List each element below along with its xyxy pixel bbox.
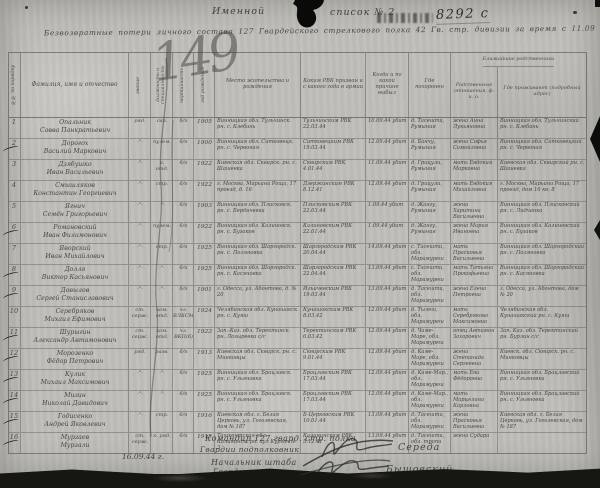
cell-year: 1922 <box>194 181 215 201</box>
cell-party: б/п <box>173 265 194 285</box>
cell-rank: -"- <box>129 160 151 180</box>
cell-rvk: Сквирским РВК 4.01.44 <box>301 160 366 180</box>
cell-buried: д. Чаме-Маре, обл. Марамуреш <box>409 328 451 348</box>
cell-address: Винницкая обл. Брацлавский рн. с. Ульяно… <box>498 391 586 411</box>
cell-year: 1916 <box>194 412 215 432</box>
col-header-rvk: Каким РВК призван и с какого года в арми… <box>301 53 366 117</box>
cell-buried: д. Грицули, Румыния <box>409 160 451 180</box>
cell-name: Долля Виктор Касьянович <box>21 265 129 285</box>
cell-relative: жена Степанида Сергеевна <box>451 349 498 369</box>
cell-buried: с. Тасешти, обл. Марамуреш <box>409 244 451 264</box>
cell-duty: сап. <box>151 118 173 138</box>
commander-title: Командир 127 гвард. стр. полка <box>205 434 356 443</box>
cell-relative: мать Евдокия Михайловна <box>451 181 498 201</box>
cell-birthplace: Зап.-Каз. обл. Теректинск. рн. Лозыревка… <box>215 328 301 348</box>
footer-date: 16.09.44 г. <box>122 452 164 461</box>
cell-num: 15 <box>9 412 21 432</box>
cell-fate: 12.09.44 убит <box>366 370 409 390</box>
cell-birthplace: Винницкая обл. Шаргородск. рн. с. Поляно… <box>215 244 301 264</box>
cell-fate: 12.09.44 убит <box>366 181 409 201</box>
cell-buried: с. Тасешти, обл. Марамуреш <box>409 265 451 285</box>
col-header-number: №№ по порядку <box>12 65 17 104</box>
cell-rvk: Брацлавским РВК 17.03.44 <box>301 391 366 411</box>
cell-buried: д. Грицули, Румыния <box>409 181 451 201</box>
cell-duty: -"- <box>151 370 173 390</box>
table-row: 13Кулик Михаил Максимович-"--"-б/п1925Ви… <box>9 370 586 391</box>
cell-relative: жена Прасковья Васильевна <box>451 412 498 432</box>
cell-num: 2 <box>9 139 21 159</box>
cell-rank: ст. серж. <box>129 433 151 453</box>
table-row: 12Морозенко Фёдор Петровичряд.разв.б/п19… <box>9 349 586 370</box>
cell-party: б/п <box>173 118 194 138</box>
cell-fate: 1.09.44 убит <box>366 202 409 222</box>
cell-address: Винницкая обл. Брацлавский рн. с. Ульяно… <box>498 370 586 390</box>
cell-address: Челябинская обл. Кунашакский рн. с. Куяш <box>498 307 586 327</box>
cell-year: 1925 <box>194 370 215 390</box>
cell-birthplace: Винницкая обл. Тульчинск. рн. с. Клебань <box>215 118 301 138</box>
cell-party: чл. ВЛКСМ <box>173 307 194 327</box>
casualty-table: №№ по порядку Фамилия, имя и отчество зв… <box>8 52 587 454</box>
cell-relative: мать Марцелина Карловна <box>451 391 498 411</box>
cell-buried: д. Тасешти, обл. Марамуреш <box>409 286 451 306</box>
cell-party: б/п <box>173 139 194 159</box>
cell-duty: пулем. <box>151 223 173 243</box>
table-row: 1Опальник Савва Панкратьевичряд.сап.б/п1… <box>9 118 586 139</box>
cell-party: б/п <box>173 223 194 243</box>
cell-address: Киевск. обл. Сквирск. рн. с. Минковцы <box>498 349 586 369</box>
cell-relative: жена Елена Петровна <box>451 286 498 306</box>
cell-relative: отец Автамон Захарович <box>451 328 498 348</box>
cell-duty: к. ряд. <box>151 433 173 453</box>
cell-name: Серебряков Михаил Ефимович <box>21 307 129 327</box>
cell-address <box>498 433 586 453</box>
torn-corner <box>595 0 600 7</box>
table-row: 15Годисенко Андрей Яковлевич-"-стр.б/п19… <box>9 412 586 433</box>
col-header-burial: Где похоронен <box>409 53 451 117</box>
cell-relative: жена Судара <box>451 433 498 453</box>
cell-relative: мать Серебрякова Максимовна <box>451 307 498 327</box>
cell-name: Довылов Сергей Станиславович <box>21 286 129 306</box>
cell-num: 3 <box>9 160 21 180</box>
cell-relative: жена Анна Лукьяновна <box>451 118 498 138</box>
cell-birthplace: г. Одесса, ул. Абонтова, д. № 20 <box>215 286 301 306</box>
cell-year: 1900 <box>194 139 215 159</box>
cell-buried: д. Каме-Мар., обл. Марамуреш <box>409 370 451 390</box>
table-row: 9Довылов Сергей Станиславович-"--"-б/п19… <box>9 286 586 307</box>
cell-fate: 12.09.44 убит <box>366 307 409 327</box>
commander-name: Середа <box>398 442 440 453</box>
cell-buried: д. Каме-Мар., обл. Марамуреш <box>409 391 451 411</box>
cell-address: Киевская обл. г. Белая Церковь, ул. Гого… <box>498 412 586 432</box>
cell-rank: -"- <box>129 286 151 306</box>
cell-num: 14 <box>9 391 21 411</box>
cell-rank: -"- <box>129 181 151 201</box>
cell-buried: д. Банчу, Румыния <box>409 139 451 159</box>
cell-rvk: Ситковецким РВК 19.03.44 <box>301 139 366 159</box>
cell-party: б/п <box>173 433 194 453</box>
col-header-relative: Родственные отношения, ф. и. о. <box>451 67 498 117</box>
table-row: 6Романовский Иван Филимонович-"-пулем.б/… <box>9 223 586 244</box>
cell-name: Мизин Николай Давидович <box>21 391 129 411</box>
cell-party: б/п <box>173 391 194 411</box>
cell-year: 1924 <box>194 307 215 327</box>
cell-year: 1903 <box>194 202 215 222</box>
cell-name: Яворский Иван Михайлович <box>21 244 129 264</box>
cell-year: 1901 <box>194 286 215 306</box>
cell-rvk: Ильичевским РВК 19.03.44 <box>301 286 366 306</box>
cell-rank: -"- <box>129 202 151 222</box>
cell-rank: -"- <box>129 244 151 264</box>
cell-rvk: Б-Церковским РВК 10.01.44 <box>301 412 366 432</box>
cell-fate: 13.09.44 убит <box>366 412 409 432</box>
cell-year: 1923 <box>194 328 215 348</box>
ink-stamp-smudge <box>377 13 433 23</box>
cell-year: 1913 <box>194 349 215 369</box>
cell-rvk: Шаргородским РВК 20.04.44 <box>301 244 366 264</box>
cell-name: Дзябушко Иван Васильевич <box>21 160 129 180</box>
cell-relative: мать Ева Фёдоровна <box>451 370 498 390</box>
cell-fate: 13.09.44 убит <box>366 286 409 306</box>
cell-year: 1905 <box>194 118 215 138</box>
cell-num: 6 <box>9 223 21 243</box>
cell-duty: ком. отд. <box>151 307 173 327</box>
cell-rank: -"- <box>129 391 151 411</box>
cell-num: 16 <box>9 433 21 453</box>
cell-name: Мурзаев Мурзали <box>21 433 129 453</box>
cell-num: 9 <box>9 286 21 306</box>
cell-rank: ст. серж. <box>129 307 151 327</box>
cell-name: Кулик Михаил Максимович <box>21 370 129 390</box>
cell-rvk: Сквирским РВК 9.01.44 <box>301 349 366 369</box>
cell-name: Романовский Иван Филимонович <box>21 223 129 243</box>
cell-duty: -"- <box>151 265 173 285</box>
cell-rvk: Плисковским РВК 22.03.44 <box>301 202 366 222</box>
cell-rvk: Брацлавским РВК 17.03.44 <box>301 370 366 390</box>
cell-birthplace: Киевская обл. г. Белая Церковь, ул. Гого… <box>215 412 301 432</box>
cell-address: Киевская обл. Сквирский рн. с. Шашевка <box>498 160 586 180</box>
cell-year: 1925 <box>194 391 215 411</box>
cell-address: Винницкая обл. Ситковецкий рн. с. Червон… <box>498 139 586 159</box>
col-header-name: Фамилия, имя и отчество <box>21 53 129 117</box>
cell-birthplace: Винницкая обл. Ситковецк. рн. с. Червона… <box>215 139 301 159</box>
cell-rvk: Дзержинским РВК 8.12.41 <box>301 181 366 201</box>
cell-birthplace: Винницкая обл. Брацлавск. рн. с. Ульянов… <box>215 370 301 390</box>
cell-rvk: Теректинским РВК 6.03.42 <box>301 328 366 348</box>
cell-address: Винницкая обл. Шаргородский рн. с. Касян… <box>498 265 586 285</box>
chief-of-staff-title: Начальник штаба <box>211 458 297 467</box>
cell-fate: 13.09.44 убит <box>366 265 409 285</box>
cell-rvk: Кунашакским РВК 8.03.42 <box>301 307 366 327</box>
cell-party: б/п <box>173 349 194 369</box>
cell-buried: д. Тылеш, обл. Марамуреш <box>409 307 451 327</box>
cell-buried: д. Тасешти, Румыния <box>409 118 451 138</box>
cell-relative: жена Мария Ивановна <box>451 223 498 243</box>
table-row: 4Смышляков Константин Георгиевич-"-стр.б… <box>9 181 586 202</box>
cell-buried: д. Тасешти, обл. Марамуреш <box>409 412 451 432</box>
cell-party: б/п <box>173 160 194 180</box>
cell-rvk: Тульчинским РВК 22.03.44 <box>301 118 366 138</box>
cell-fate: 12.09.44 убит <box>366 328 409 348</box>
cell-name: Морозенко Фёдор Петрович <box>21 349 129 369</box>
cell-name: Дорогох Василий Маркович <box>21 139 129 159</box>
cell-num: 4 <box>9 181 21 201</box>
cell-address: Винницкая обл. Плисковский рн. с. Лидчан… <box>498 202 586 222</box>
table-row: 7Яворский Иван Михайлович-"-стр.б/п1925В… <box>9 244 586 265</box>
cell-duty: -"- <box>151 286 173 306</box>
table-row: 10Серебряков Михаил Ефимовичст. серж.ком… <box>9 307 586 328</box>
cell-num: 7 <box>9 244 21 264</box>
cell-birthplace: Винницкая обл. Брацлавск. рн. с. Ульянов… <box>215 391 301 411</box>
table-header: №№ по порядку Фамилия, имя и отчество зв… <box>9 53 586 118</box>
cell-address: Зап. Каз. обл. Теректинский рн. Бурлин с… <box>498 328 586 348</box>
cell-relative: мать Евдокия Марковна <box>451 160 498 180</box>
cell-rank: ряд. <box>129 349 151 369</box>
cell-fate: 11.09.44 убит <box>366 160 409 180</box>
table-body: 1Опальник Савва Панкратьевичряд.сап.б/п1… <box>9 118 586 453</box>
cell-name: Смышляков Константин Георгиевич <box>21 181 129 201</box>
cell-rank: -"- <box>129 412 151 432</box>
cell-party: б/п <box>173 286 194 306</box>
cell-birthplace: Киевская обл. Сквирск. рн. с. Минковцы <box>215 349 301 369</box>
cell-address: г. Одесса, ул. Абонтова, дом № 20 <box>498 286 586 306</box>
cell-birthplace: Винницкая обл. Шаргородск. рн. с. Касяно… <box>215 265 301 285</box>
cell-duty: разв. <box>151 349 173 369</box>
cell-num: 12 <box>9 349 21 369</box>
cell-year: 1922 <box>194 223 215 243</box>
cell-rank: -"- <box>129 223 151 243</box>
cell-year: 1922 <box>194 160 215 180</box>
cell-num: 5 <box>9 202 21 222</box>
cell-fate: 1.09.44 убит <box>366 223 409 243</box>
scanned-document: Именной список № 2 8292 с Безвозвратные … <box>0 0 600 488</box>
ink-speck <box>573 11 577 14</box>
col-header-address: Где проживают (подробный адрес) <box>498 67 586 117</box>
cell-duty: стр. <box>151 244 173 264</box>
table-row: 3Дзябушко Иван Васильевич-"-к. отд.б/п19… <box>9 160 586 181</box>
stamp-registration-number: 8292 с <box>436 6 490 25</box>
cell-num: 8 <box>9 265 21 285</box>
cell-relative: жена Харитина Васильевна <box>451 202 498 222</box>
cell-birthplace: Винницкая обл. Калиновск. рн. с. Бузаков <box>215 223 301 243</box>
cell-buried: д. Жангу, Румыния <box>409 223 451 243</box>
cell-fate: 12.09.44 убит <box>366 139 409 159</box>
cell-rank: ст. серж. <box>129 328 151 348</box>
cell-rvk: Шаргородским РВК 22.04.44 <box>301 265 366 285</box>
cell-fate: 12.09.44 убит <box>366 391 409 411</box>
table-row: 8Долля Виктор Касьянович-"--"-б/п1925Вин… <box>9 265 586 286</box>
ink-speck <box>25 6 28 9</box>
cell-duty: -"- <box>151 391 173 411</box>
cell-num: 13 <box>9 370 21 390</box>
cell-name: Годисенко Андрей Яковлевич <box>21 412 129 432</box>
cell-party: б/п <box>173 181 194 201</box>
cell-year: 1925 <box>194 244 215 264</box>
cell-name: Ягнич Семён Григорьевич <box>21 202 129 222</box>
cell-party: б/п <box>173 202 194 222</box>
cell-duty: -"- <box>151 202 173 222</box>
cell-num: 10 <box>9 307 21 327</box>
cell-relative: мать Прасковья Васильевна <box>451 244 498 264</box>
cell-birthplace: Челябинская обл. Кунашакск. рн. с. Куяш <box>215 307 301 327</box>
table-row: 11Шурыгин Александр Автамоновичст. серж.… <box>9 328 586 349</box>
cell-rank: -"- <box>129 265 151 285</box>
cell-fate: 14.09.44 убит <box>366 244 409 264</box>
cell-num: 11 <box>9 328 21 348</box>
cell-rank: -"- <box>129 370 151 390</box>
col-header-rank: звание <box>137 77 142 94</box>
cell-duty: к. отд. <box>151 160 173 180</box>
document-title-left: Именной <box>212 6 265 17</box>
cell-birthplace: Винницкая обл. Плисковск. рн. с. Бердиче… <box>215 202 301 222</box>
cell-fate: 12.09.44 убит <box>366 349 409 369</box>
cell-duty: пулем. <box>151 139 173 159</box>
cell-party: б/п <box>173 412 194 432</box>
cell-party: чл. ВКП(б) <box>173 328 194 348</box>
cell-rank: ряд. <box>129 118 151 138</box>
table-row: 2Дорогох Василий Маркович-"-пулем.б/п190… <box>9 139 586 160</box>
table-row: 5Ягнич Семён Григорьевич-"--"-б/п1903Вин… <box>9 202 586 223</box>
cell-duty: ком. отд. <box>151 328 173 348</box>
commander-rank: Гвардии подполковник <box>200 445 299 454</box>
col-header-relatives-group: Ближайшие родственники Родственные отнош… <box>451 53 586 117</box>
cell-address: Винницкая обл. Тульчинский рн. с. Клебан… <box>498 118 586 138</box>
col-header-fate: Когда и по какой причине выбыл <box>366 53 409 117</box>
cell-rvk: Калиновским РВК 22.01.44 <box>301 223 366 243</box>
relatives-span-label: Ближайшие родственники <box>483 53 555 67</box>
cell-address: г. Москва, Марьина Роща, 17 проезд, дом … <box>498 181 586 201</box>
table-row: 14Мизин Николай Давидович-"--"-б/п1925Ви… <box>9 391 586 412</box>
cell-buried: д. Каме-Маре, обл. Марамуреш <box>409 349 451 369</box>
cell-relative: жена Софья Самойловна <box>451 139 498 159</box>
cell-buried: д. Жангу, Румыния <box>409 202 451 222</box>
cell-birthplace: Киевская обл. Сквирск. рн. с. Шашевка <box>215 160 301 180</box>
cell-address: Винницкая обл. Калиновский рн. с. Бузако… <box>498 223 586 243</box>
cell-address: Винницкая обл. Шаргородский рн. с. Полян… <box>498 244 586 264</box>
cell-party: б/п <box>173 370 194 390</box>
cell-relative: мать Татьяна Прокофьевна <box>451 265 498 285</box>
cell-party: б/п <box>173 244 194 264</box>
cell-num: 1 <box>9 118 21 138</box>
cell-duty: стр. <box>151 181 173 201</box>
cell-name: Опальник Савва Панкратьевич <box>21 118 129 138</box>
cell-name: Шурыгин Александр Автамонович <box>21 328 129 348</box>
cell-fate: 10.09.44 убит <box>366 118 409 138</box>
cell-duty: стр. <box>151 412 173 432</box>
cell-birthplace: г. Москва, Марьина Роща, 17 проезд, д. 1… <box>215 181 301 201</box>
cell-year: 1925 <box>194 265 215 285</box>
cell-rank: -"- <box>129 139 151 159</box>
